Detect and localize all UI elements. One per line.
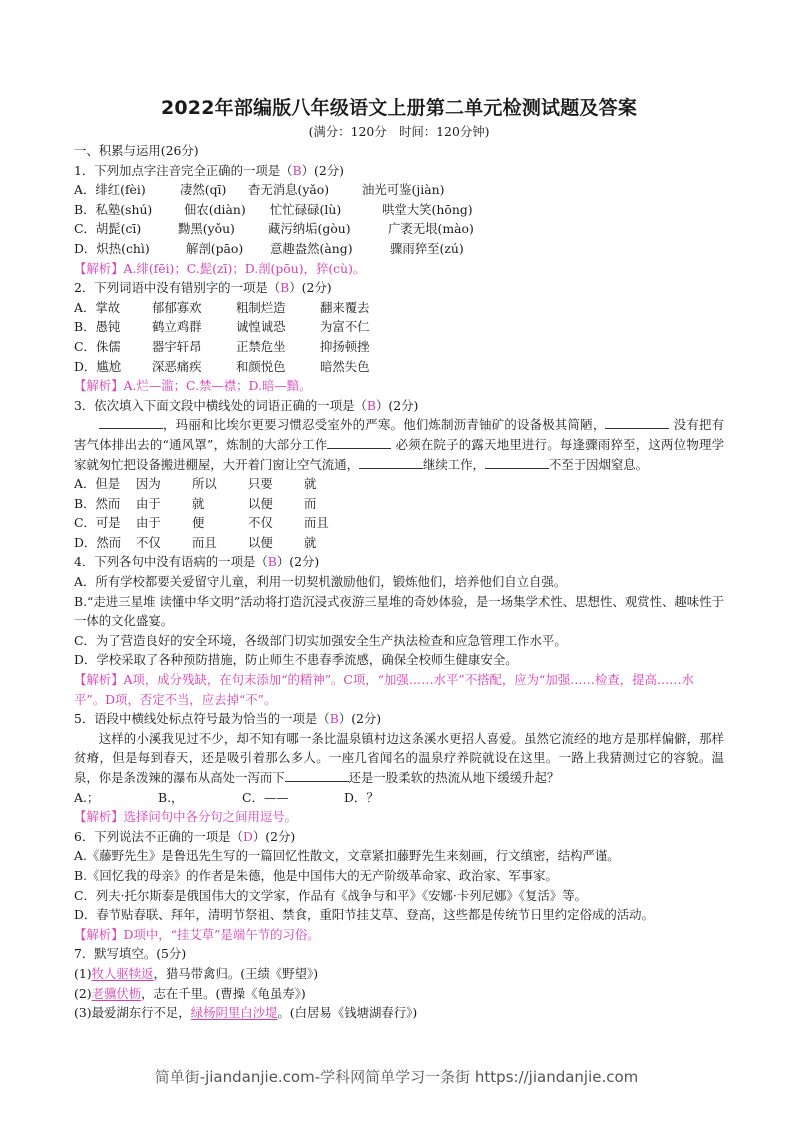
filled-answer: 老骥伏枥 (92, 986, 142, 1001)
option: C．可是 (74, 513, 136, 533)
passage-text: 还是一股柔软的热流从地下缓缓升起？ (349, 770, 560, 785)
option-c: C．为了营造良好的安全环境，各级部门切实加强安全生产执法检查和应急管理工作水平。 (74, 631, 724, 651)
option: 杳无消息(yǎo) (248, 180, 362, 200)
option-row: B．愚钝鹤立鸡群诚惶诚恐为富不仁 (74, 317, 724, 337)
option-row: A．绯红(fèi)凄然(qī)杳无消息(yǎo)油光可鉴(jiàn) (74, 180, 724, 200)
stem-score: ）(2分) (253, 829, 295, 844)
option: 为富不仁 (320, 317, 370, 337)
section-heading: 一、积累与运用(26分) (74, 141, 724, 161)
option-row: A．掌故郁郁寡欢粗制烂造翻来覆去 (74, 298, 724, 318)
option: 不仅 (248, 513, 304, 533)
answer-key: B (293, 163, 302, 178)
exam-info: (满分：120分 时间：120分钟) (74, 122, 724, 141)
option: 只要 (248, 474, 304, 494)
option: 由于 (136, 494, 192, 514)
stem-text: 2．下列词语中没有错别字的一项是（ (74, 280, 280, 295)
item-number: (3) (74, 1005, 92, 1020)
option: 哄堂大笑(hōng) (382, 200, 473, 220)
option: 油光可鉴(jiàn) (362, 180, 444, 200)
option: D．炽热(chì) (74, 239, 186, 259)
option: 黝黑(yǒu) (178, 219, 268, 239)
option-b: B.《回忆我的母亲》的作者是朱德，他是中国伟大的无产阶级革命家、政治家、军事家。 (74, 866, 724, 886)
option: 因为 (136, 474, 192, 494)
option: 广袤无垠(mào) (388, 219, 474, 239)
stem-score: ）(2分) (289, 280, 331, 295)
analysis-text: 【解析】选择问句中各分句之间用逗号。 (74, 807, 724, 827)
option-row: B．然而由于就以便而 (74, 494, 724, 514)
item-text: 。(白居易《钱塘湖春行》) (277, 1005, 417, 1020)
option: 就 (192, 494, 248, 514)
option: 而 (304, 494, 316, 514)
option: D．尴尬 (74, 357, 152, 377)
question-2-stem: 2．下列词语中没有错别字的一项是（B）(2分) (74, 278, 724, 298)
option: 忙忙碌碌(lù) (270, 200, 382, 220)
option: 凄然(qī) (180, 180, 248, 200)
option-a: A．所有学校都要关爱留守儿童，利用一切契机激励他们，锻炼他们，培养他们自立自强。 (74, 572, 724, 592)
option: 由于 (136, 513, 192, 533)
option: 抑扬顿挫 (320, 337, 370, 357)
passage: 这样的小溪我见过不少，却不知有哪一条比温泉镇村边这条溪水更招人喜爱。虽然它流经的… (74, 729, 724, 788)
option: 以便 (248, 533, 304, 553)
option: 不仅 (136, 533, 192, 553)
option-row: C．侏儒器宇轩昂正禁危坐抑扬顿挫 (74, 337, 724, 357)
option: 所以 (192, 474, 248, 494)
option: 而且 (304, 513, 329, 533)
question-1-stem: 1．下列加点字注音完全正确的一项是（B）(2分) (74, 161, 724, 181)
option: D．？ (344, 788, 379, 808)
option: 就 (304, 474, 316, 494)
option-row: D．然而不仅而且以便就 (74, 533, 724, 553)
stem-score: ）(2分) (339, 711, 381, 726)
option: 深恶痛疾 (152, 357, 236, 377)
option: C．胡髭(cī) (74, 219, 178, 239)
option-row: C．可是由于便不仅而且 (74, 513, 724, 533)
answer-key: B (367, 398, 376, 413)
option: 藏污纳垢(gòu) (268, 219, 388, 239)
watermark-footer: 简单街-jiandanjie.com-学科网简单学习一条街 https://ji… (0, 1066, 793, 1087)
page-title: 2022年部编版八年级语文上册第二单元检测试题及答案 (74, 95, 724, 121)
option-row: C．胡髭(cī)黝黑(yǒu)藏污纳垢(gòu)广袤无垠(mào) (74, 219, 724, 239)
filled-answer: 牧人驱犊返 (92, 966, 154, 981)
option: 和颜悦色 (236, 357, 320, 377)
question-7-stem: 7．默写填空。(5分) (74, 944, 724, 964)
answer-key: D (243, 829, 253, 844)
option: B．然而 (74, 494, 136, 514)
stem-text: 6．下列说法不正确的一项是（ (74, 829, 243, 844)
option: 诚惶诚恐 (236, 317, 320, 337)
analysis-text: 【解析】A.烂—滥；C.禁—襟；D.暗—黯。 (74, 376, 724, 396)
option: 便 (192, 513, 248, 533)
item-text: ，志在千里。(曹操《龟虽寿》) (141, 986, 306, 1001)
stem-text: 1．下列加点字注音完全正确的一项是（ (74, 163, 293, 178)
item-number: (1) (74, 966, 92, 981)
option: 骤雨猝至(zú) (390, 239, 464, 259)
option-a: A.《藤野先生》是鲁迅先生写的一篇回忆性散文，文章紧扣藤野先生来刻画，行文缜密，… (74, 846, 724, 866)
stem-score: ）(2分) (376, 398, 418, 413)
option: 就 (304, 533, 316, 553)
stem-score: ）(2分) (302, 163, 344, 178)
option: 意趣盎然(àng) (270, 239, 390, 259)
option: 暗然失色 (320, 357, 370, 377)
fill-blank (285, 769, 349, 782)
option: B.， (158, 788, 242, 808)
option: 粗制烂造 (236, 298, 320, 318)
stem-text: 4．下列各句中没有语病的一项是（ (74, 554, 268, 569)
passage: ，玛丽和比埃尔更要习惯忍受室外的严寒。他们炼制沥青铀矿的设备极其简陋， 没有把有… (74, 415, 724, 474)
option: 佃农(diàn) (184, 200, 270, 220)
option: A．绯红(fèi) (74, 180, 180, 200)
fill-blank (327, 436, 391, 449)
option-d: D．春节贴春联、拜年，清明节祭祖、禁食，重阳节挂艾草、登高，这些都是传统节日里约… (74, 905, 724, 925)
item-text: 最爱湖东行不足， (92, 1005, 191, 1020)
question-6-stem: 6．下列说法不正确的一项是（D）(2分) (74, 827, 724, 847)
stem-score: ）(2分) (277, 554, 319, 569)
item-number: (2) (74, 986, 92, 1001)
item-text: ，猎马带禽归。(王绩《野望》) (154, 966, 319, 981)
answer-key: B (280, 280, 289, 295)
answer-key: B (330, 711, 339, 726)
fill-blank (605, 416, 669, 429)
option: 翻来覆去 (320, 298, 370, 318)
fill-blank (99, 416, 163, 429)
recitation-item-3: (3)最爱湖东行不足，绿杨阴里白沙堤。(白居易《钱塘湖春行》) (74, 1003, 724, 1023)
fill-blank (359, 456, 423, 469)
passage-text: 不至于因烟窒息。 (549, 457, 648, 472)
option: 器宇轩昂 (152, 337, 236, 357)
option: B．私塾(shú) (74, 200, 184, 220)
option: C．侏儒 (74, 337, 152, 357)
option-row: B．私塾(shú)佃农(diàn)忙忙碌碌(lù)哄堂大笑(hōng) (74, 200, 724, 220)
option: 郁郁寡欢 (152, 298, 236, 318)
stem-text: 5．语段中横线处标点符号最为恰当的一项是（ (74, 711, 330, 726)
option: 解剖(pāo) (186, 239, 270, 259)
answer-key: B (268, 554, 277, 569)
option-row: A.；B.，C．——D．？ (74, 788, 724, 808)
analysis-text: 【解析】A.绯(fēi)；C.髭(zī)；D.剖(pōu)，猝(cù)。 (74, 259, 724, 279)
option-d: D．学校采取了各种预防措施，防止师生不患春季流感，确保全校师生健康安全。 (74, 650, 724, 670)
option-row: D．炽热(chì)解剖(pāo)意趣盎然(àng)骤雨猝至(zú) (74, 239, 724, 259)
option-c: C．列夫·托尔斯泰是俄国伟大的文学家，作品有《战争与和平》《安娜·卡列尼娜》《复… (74, 886, 724, 906)
question-4-stem: 4．下列各句中没有语病的一项是（B）(2分) (74, 552, 724, 572)
recitation-item-2: (2)老骥伏枥，志在千里。(曹操《龟虽寿》) (74, 984, 724, 1004)
option: 鹤立鸡群 (152, 317, 236, 337)
option: 正禁危坐 (236, 337, 320, 357)
document-page: 2022年部编版八年级语文上册第二单元检测试题及答案 (满分：120分 时间：1… (74, 95, 724, 1023)
option: 而且 (192, 533, 248, 553)
option: B．愚钝 (74, 317, 152, 337)
option-row: D．尴尬深恶痛疾和颜悦色暗然失色 (74, 357, 724, 377)
question-5-stem: 5．语段中横线处标点符号最为恰当的一项是（B）(2分) (74, 709, 724, 729)
option: A.； (74, 788, 158, 808)
option: C．—— (242, 788, 344, 808)
option-b: B.“走进三星堆 读懂中华文明”活动将打造沉浸式夜游三星堆的奇妙体验，是一场集学… (74, 592, 724, 631)
passage-text: ，玛丽和比埃尔更要习惯忍受室外的严寒。他们炼制沥青铀矿的设备极其简陋， (163, 417, 606, 432)
fill-blank (485, 456, 549, 469)
option: A．掌故 (74, 298, 152, 318)
analysis-text: 【解析】A项，成分残缺，在句末添加“的精神”。C项，“加强……水平”不搭配，应为… (74, 670, 724, 709)
filled-answer: 绿杨阴里白沙堤 (191, 1005, 278, 1020)
option: 以便 (248, 494, 304, 514)
option-row: A．但是因为所以只要就 (74, 474, 724, 494)
option: A．但是 (74, 474, 136, 494)
passage-text: 继续工作， (423, 457, 485, 472)
option: D．然而 (74, 533, 136, 553)
analysis-text: 【解析】D项中，“挂艾草”是端午节的习俗。 (74, 925, 724, 945)
question-3-stem: 3．依次填入下面文段中横线处的词语正确的一项是（B）(2分) (74, 396, 724, 416)
recitation-item-1: (1)牧人驱犊返，猎马带禽归。(王绩《野望》) (74, 964, 724, 984)
stem-text: 3．依次填入下面文段中横线处的词语正确的一项是（ (74, 398, 367, 413)
